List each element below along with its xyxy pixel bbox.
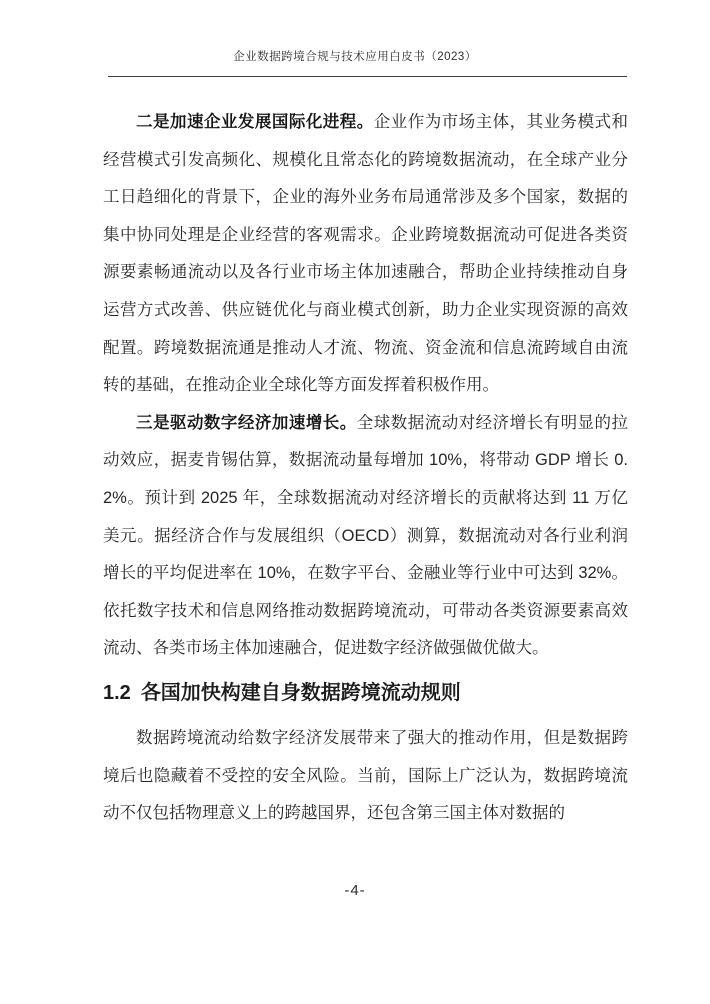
body-paragraph: 三是驱动数字经济加速增长。全球数据流动对经济增长有明显的拉动效应，据麦肯锡估算，… <box>103 405 628 668</box>
section-number: 1.2 <box>103 682 131 704</box>
body-paragraph: 二是加速企业发展国际化进程。企业作为市场主体，其业务模式和经营模式引发高频化、规… <box>103 104 628 405</box>
section-title: 各国加快构建自身数据跨境流动规则 <box>141 682 461 704</box>
paragraph-bold-lead: 二是加速企业发展国际化进程。 <box>136 113 374 131</box>
paragraph-bold-lead: 三是驱动数字经济加速增长。 <box>136 414 357 432</box>
page-footer: -4- <box>0 882 710 900</box>
section-heading: 1.2各国加快构建自身数据跨境流动规则 <box>103 678 628 708</box>
paragraph-text: 全球数据流动对经济增长有明显的拉动效应，据麦肯锡估算，数据流动量每增加 10%，… <box>103 414 628 658</box>
page-content: 二是加速企业发展国际化进程。企业作为市场主体，其业务模式和经营模式引发高频化、规… <box>103 104 628 833</box>
body-paragraph: 数据跨境流动给数字经济发展带来了强大的推动作用，但是数据跨境后也隐藏着不受控的安… <box>103 720 628 833</box>
document-page: 企业数据跨境合规与技术应用白皮书（2023） 二是加速企业发展国际化进程。企业作… <box>0 0 710 1004</box>
running-header-title: 企业数据跨境合规与技术应用白皮书（2023） <box>0 48 710 64</box>
header-divider-line <box>108 76 627 77</box>
page-number: -4- <box>344 882 365 899</box>
paragraph-text: 数据跨境流动给数字经济发展带来了强大的推动作用，但是数据跨境后也隐藏着不受控的安… <box>103 729 628 822</box>
paragraph-text: 企业作为市场主体，其业务模式和经营模式引发高频化、规模化且常态化的跨境数据流动，… <box>103 113 628 394</box>
